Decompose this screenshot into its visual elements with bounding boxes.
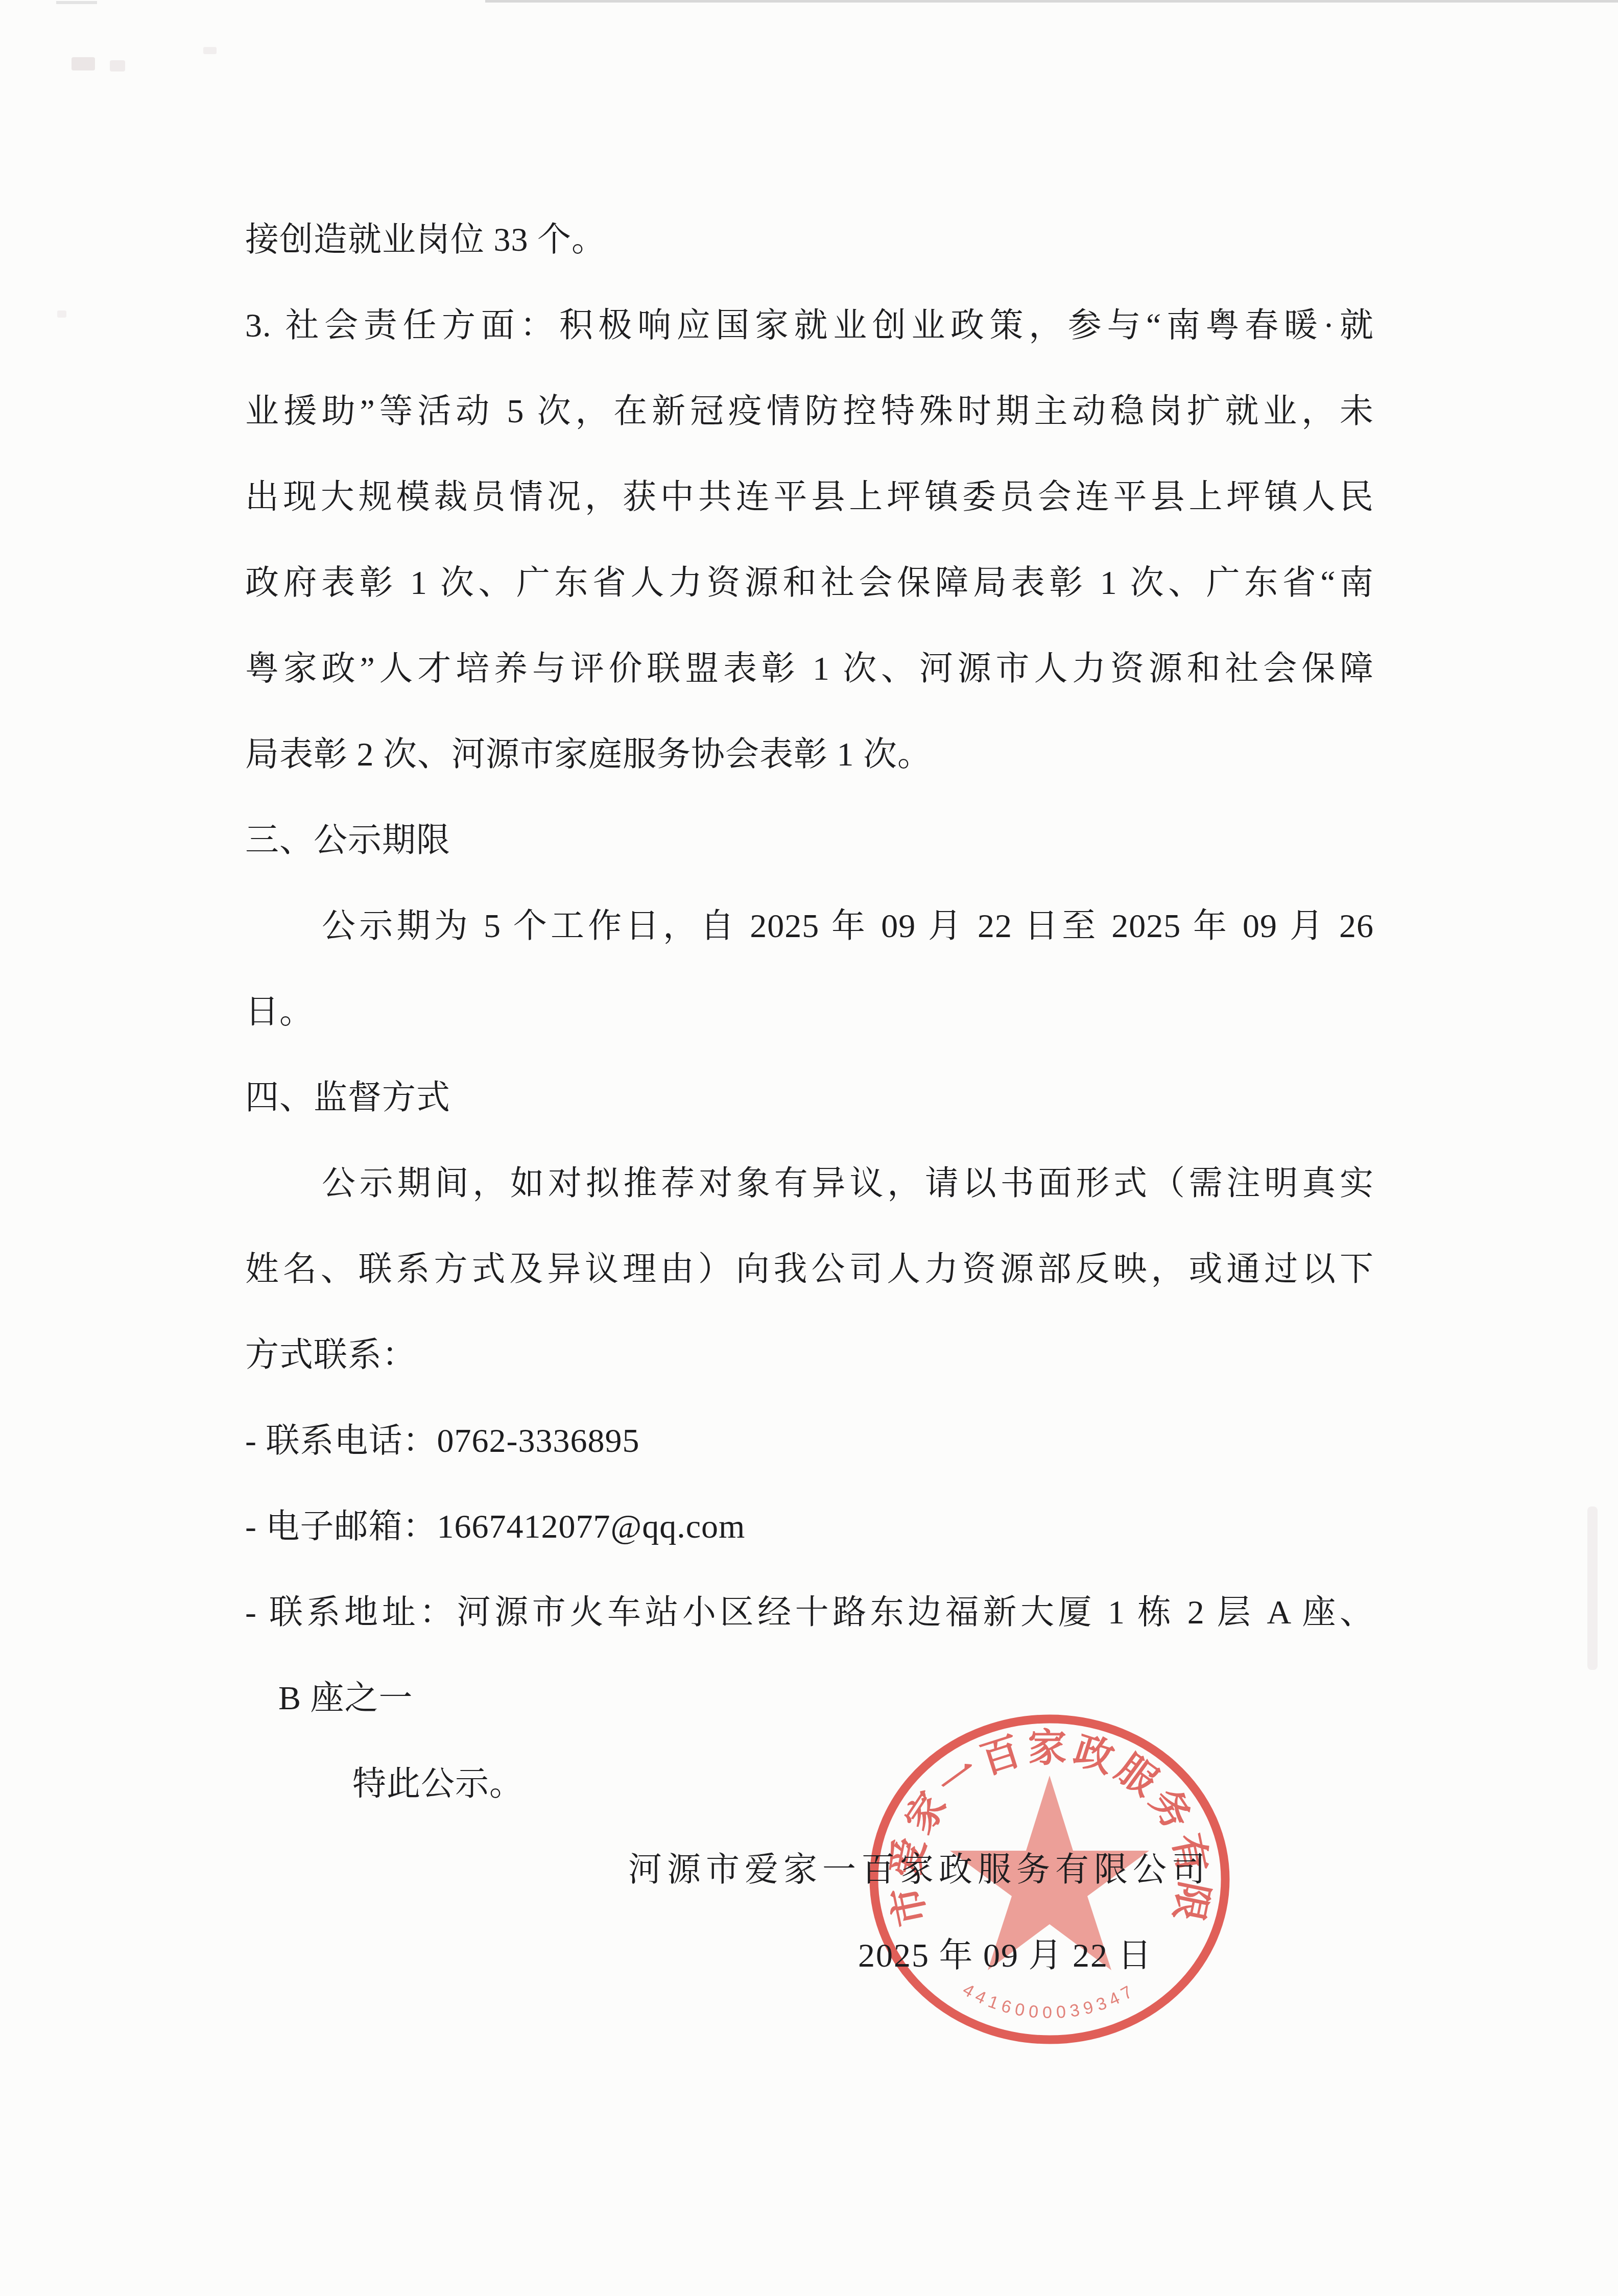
document-line: 局表彰 2 次、河源市家庭服务协会表彰 1 次。 — [245, 712, 1374, 798]
document-line: 公示期为 5 个工作日，自 2025 年 09 月 22 日至 2025 年 0… — [245, 883, 1374, 969]
contact-email-line: - 电子邮箱：1667412077@qq.com — [245, 1484, 1374, 1570]
contact-phone-line: - 联系电话：0762-3336895 — [245, 1398, 1374, 1484]
scan-artifact-smudge — [1587, 1506, 1598, 1670]
scan-artifact-speck — [72, 57, 95, 70]
document-line: 业援助”等活动 5 次，在新冠疫情防控特殊时期主动稳岗扩就业，未 — [245, 369, 1374, 455]
document-line: 姓名、联系方式及异议理由）向我公司人力资源部反映，或通过以下 — [245, 1227, 1374, 1312]
contact-address-line: - 联系地址：河源市火车站小区经十路东边福新大厦 1 栋 2 层 A 座、 — [245, 1570, 1374, 1656]
document-line: 日。 — [245, 969, 1374, 1055]
signature-date: 2025 年 09 月 22 日 — [858, 1913, 1374, 1999]
scan-artifact-speck — [203, 47, 217, 54]
document-line: 政府表彰 1 次、广东省人力资源和社会保障局表彰 1 次、广东省“南 — [245, 540, 1374, 626]
signature-company-name: 河源市爱家一百家政服务有限公司 — [628, 1827, 1374, 1913]
document-line: 3. 社会责任方面：积极响应国家就业创业政策，参与“南粤春暖·就 — [245, 283, 1374, 369]
scan-artifact-speck — [110, 60, 125, 71]
closing-remark-line: 特此公示。 — [245, 1741, 1374, 1827]
scan-artifact-top-dash — [56, 1, 97, 4]
contact-address-line-2: B 座之一 — [245, 1656, 1374, 1741]
section-heading-supervision-method: 四、监督方式 — [245, 1055, 1374, 1141]
document-line: 出现大规模裁员情况，获中共连平县上坪镇委员会连平县上坪镇人民 — [245, 455, 1374, 540]
document-text-block: 接创造就业岗位 33 个。 3. 社会责任方面：积极响应国家就业创业政策，参与“… — [245, 197, 1374, 1999]
document-line: 公示期间，如对拟推荐对象有异议，请以书面形式（需注明真实 — [245, 1141, 1374, 1227]
scan-artifact-speck — [57, 310, 66, 318]
scan-artifact-top-line — [485, 0, 1618, 3]
document-line: 方式联系： — [245, 1312, 1374, 1398]
scanned-document-page: 河源市爱家一百家政服务有限公司 4416000039347 接创造就业岗位 33… — [0, 0, 1618, 2296]
document-line: 接创造就业岗位 33 个。 — [245, 197, 1374, 283]
section-heading-publicity-period: 三、公示期限 — [245, 798, 1374, 883]
document-line: 粤家政”人才培养与评价联盟表彰 1 次、河源市人力资源和社会保障 — [245, 626, 1374, 712]
